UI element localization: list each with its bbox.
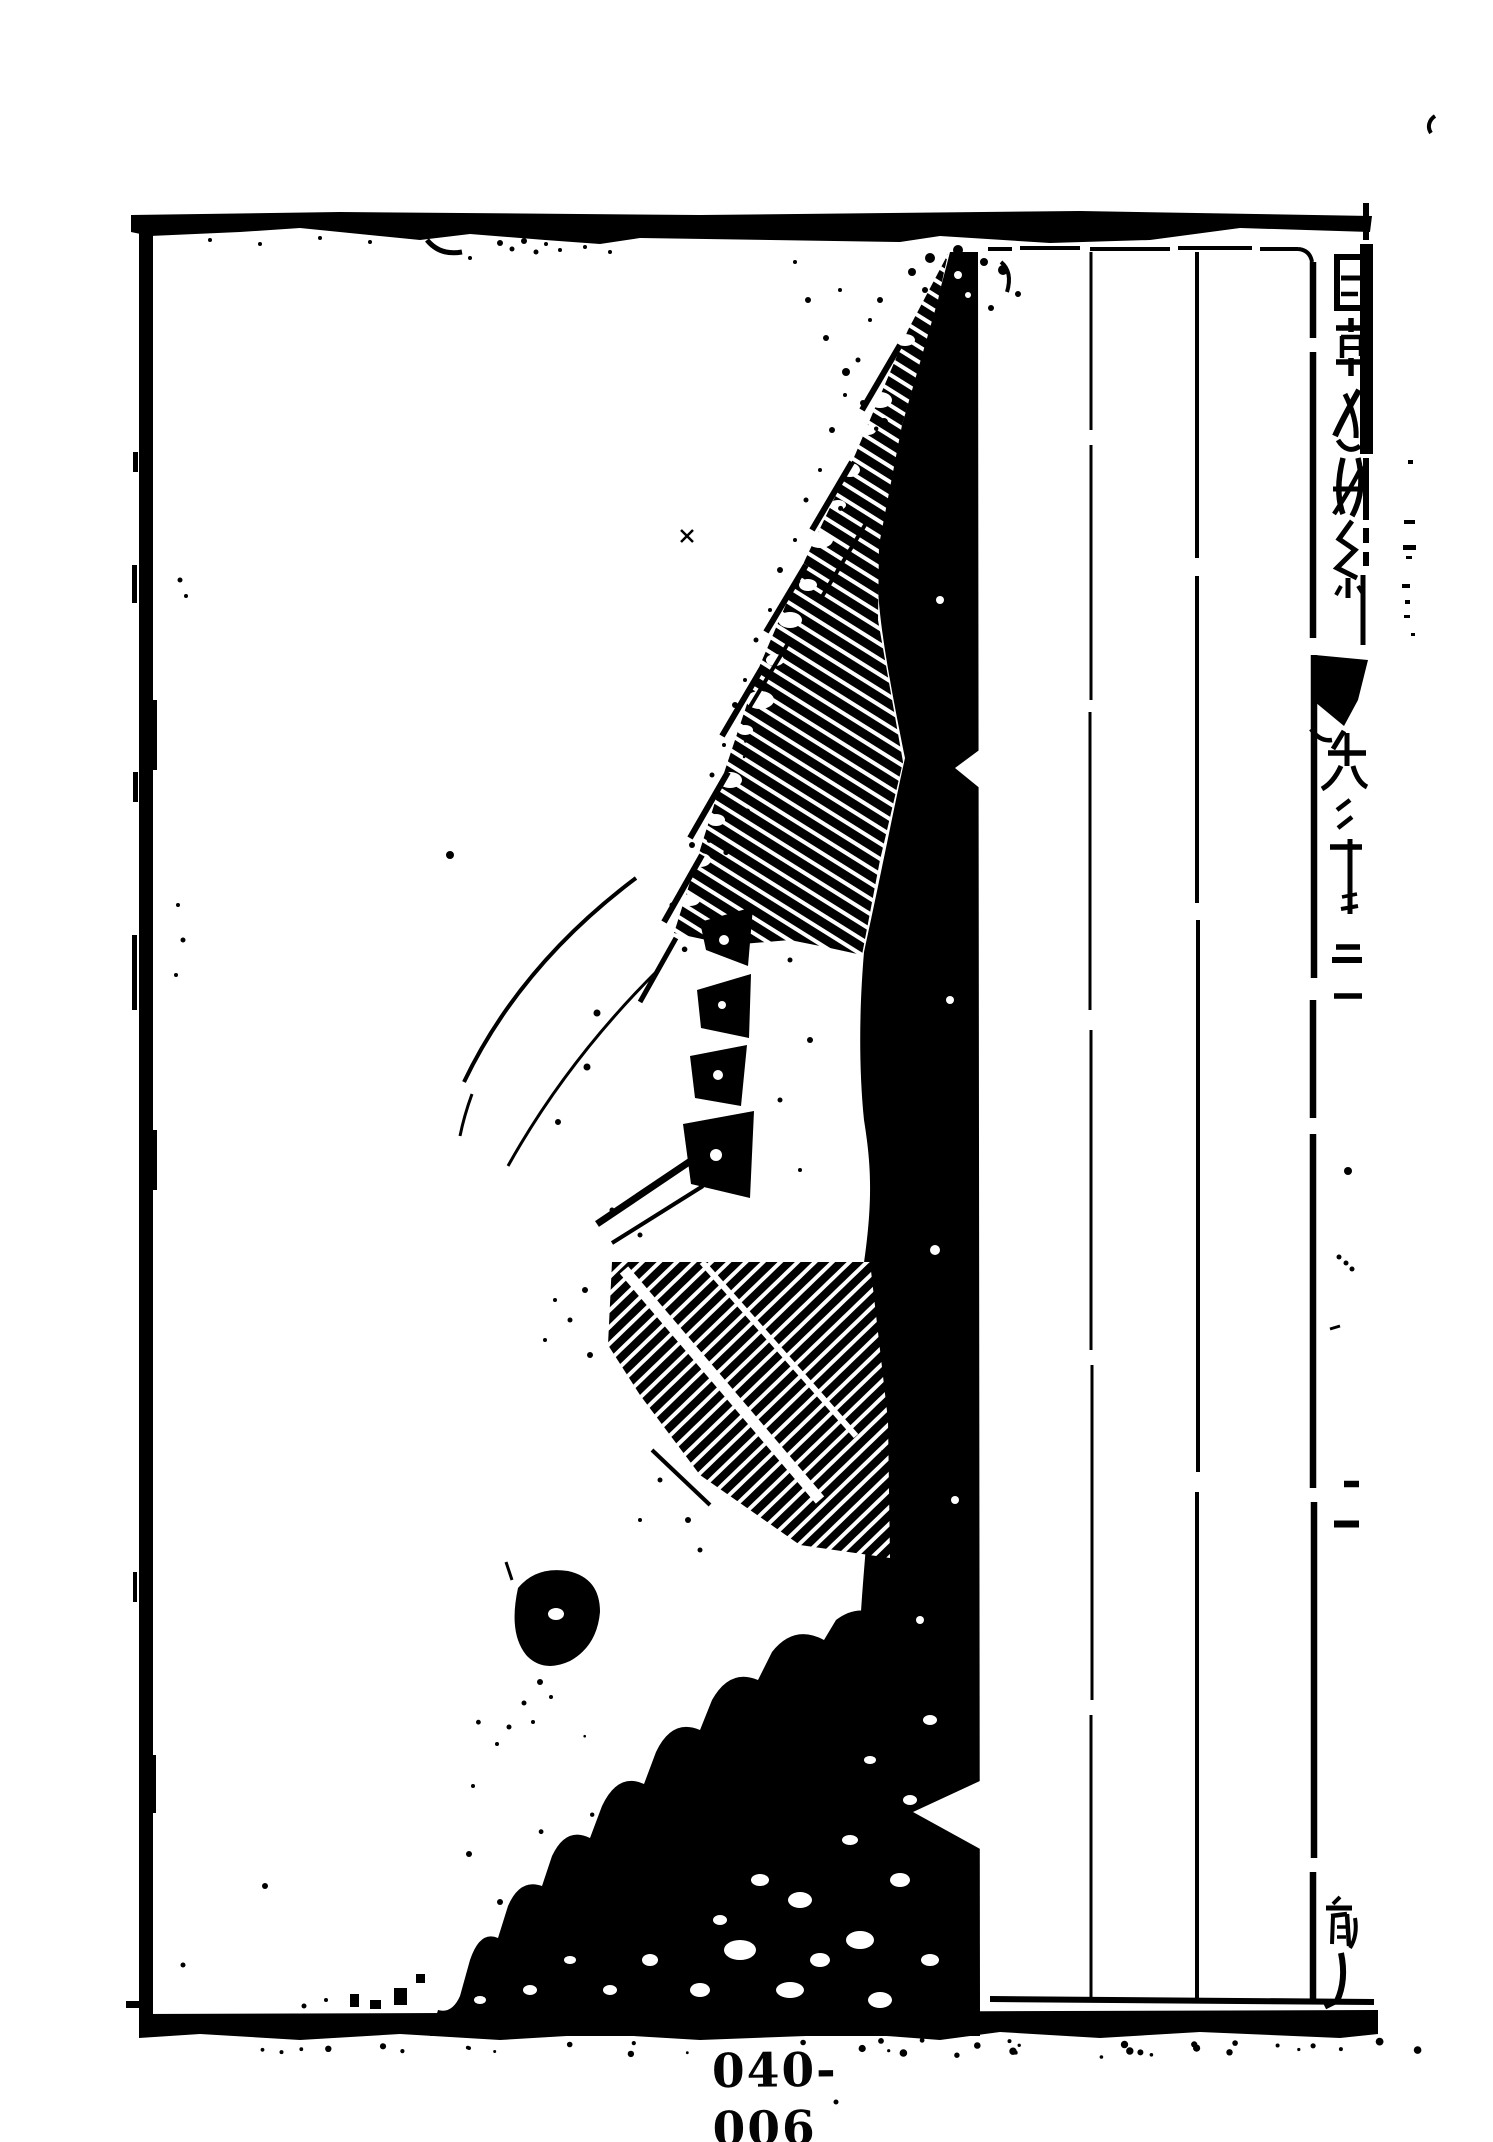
spine-bottom-char-qian: [1326, 1897, 1356, 1948]
frame-left-border: [139, 218, 153, 2036]
pagenum-dot: [834, 2100, 839, 2105]
chain-side-specks: [778, 958, 814, 1173]
volume-char-marks: [1337, 800, 1352, 828]
spine-char-ji: [1336, 521, 1363, 598]
column-bottom-rule: [990, 1999, 1374, 2002]
spine-volume-column: [1311, 460, 1416, 2007]
ink-blob: [181, 245, 1022, 2036]
column-rules: [988, 203, 1374, 2004]
spine-mid-char-er: [1334, 1484, 1359, 1524]
spine-char-fen: [1335, 390, 1360, 449]
column-rule-3: [1313, 262, 1314, 2004]
clump-trailing-specks: [495, 1679, 553, 1746]
corner-tick-mark: [1429, 116, 1435, 133]
volume-char-er: [1332, 947, 1362, 960]
chain-streaks: [597, 1160, 703, 1243]
faint-column-dashes: [1402, 460, 1416, 636]
column-rule-1: [1090, 252, 1092, 1998]
page-number-stamp: 040-006: [712, 2041, 933, 2101]
page-scan-artwork: [0, 0, 1493, 2142]
column-top-rule: [988, 248, 1312, 262]
lone-marks: [447, 530, 694, 1237]
volume-char-shi: [1330, 839, 1362, 914]
scanned-page: 040-006: [0, 0, 1493, 2142]
spine-specks: [1337, 1167, 1355, 1272]
ink-triangle-blot: [1315, 655, 1368, 726]
blob-bottom-mass: [430, 1610, 980, 2036]
frame-top-border: [131, 211, 1372, 244]
column-rule-2: [1197, 252, 1198, 1998]
